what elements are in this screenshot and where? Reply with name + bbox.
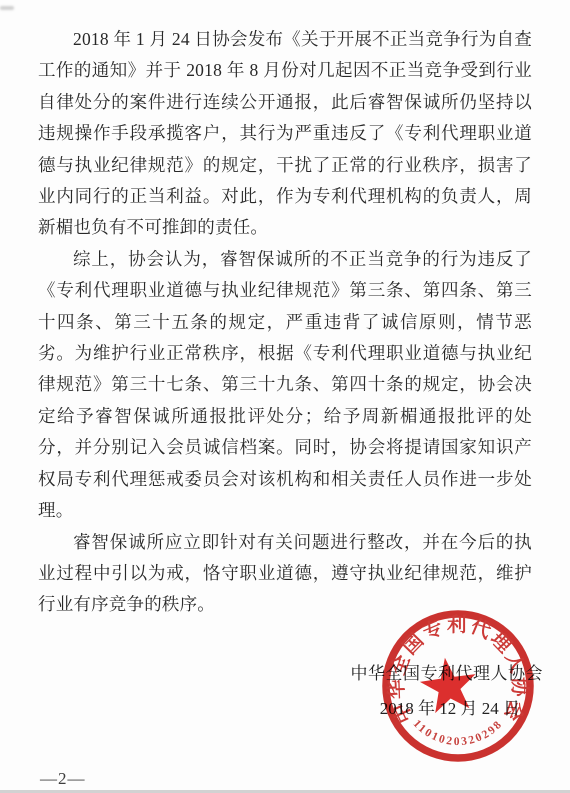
signature-date: 2018 年 12 月 24 日 [351,696,544,722]
body-paragraph: 综上，协会认为，睿智保诚所的不正当竞争的行为违反了《专利代理职业道德与执业纪律规… [38,244,532,527]
signature-block: 中华全国专利代理人协会 2018 年 12 月 24 日 [351,661,544,722]
signature-organization: 中华全国专利代理人协会 [351,661,544,687]
page-number: —2— [40,769,86,789]
scan-artifact-mark [0,6,14,10]
body-paragraph: 2018 年 1 月 24 日协会发布《关于开展不正当竞争行为自查工作的通知》并… [38,24,532,244]
seal-serial-number: 1101020320298 [411,718,506,748]
document-body: 2018 年 1 月 24 日协会发布《关于开展不正当竞争行为自查工作的通知》并… [38,24,532,621]
document-page: 2018 年 1 月 24 日协会发布《关于开展不正当竞争行为自查工作的通知》并… [0,0,570,793]
body-paragraph: 睿智保诚所应立即针对有关问题进行整改，并在今后的执业过程中引以为戒，恪守职业道德… [38,527,532,621]
